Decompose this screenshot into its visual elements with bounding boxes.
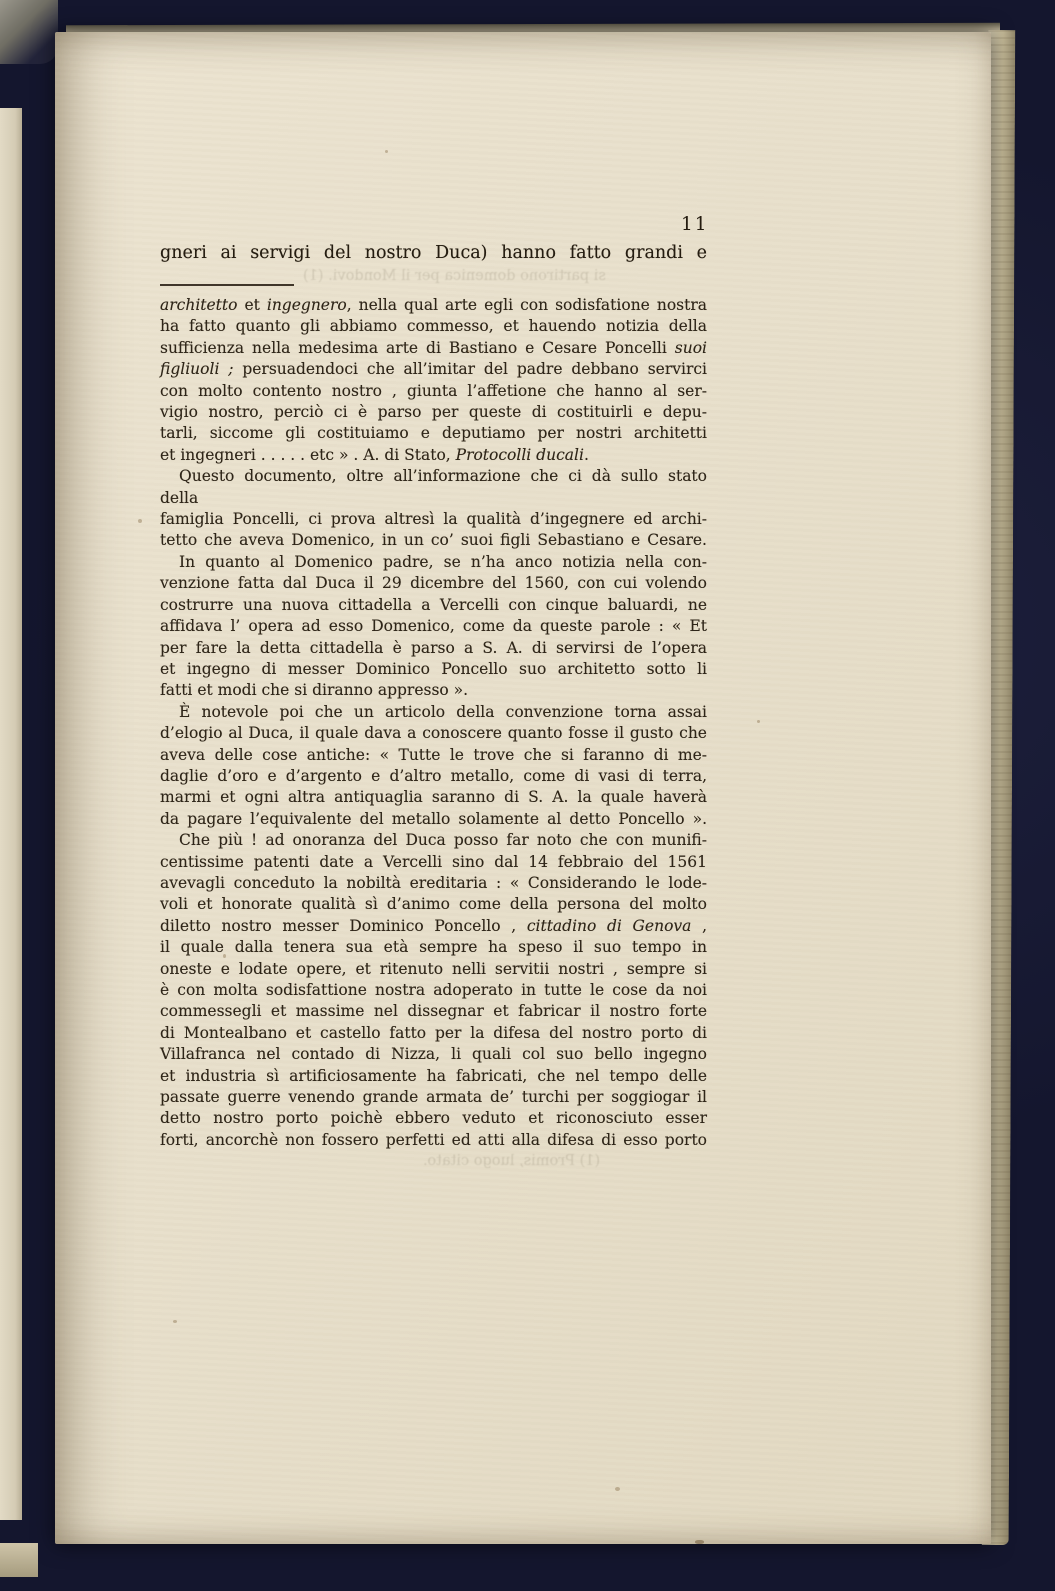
footnote-line: forti, ancorchè non fossero perfetti ed … <box>160 1130 707 1151</box>
footnote-line: architetto et ingegnero, nella qual arte… <box>160 295 707 316</box>
footnote-line: tetto che aveva Domenico, in un co’ suoi… <box>160 530 707 551</box>
footnote-line: per fare la detta cittadella è parso a S… <box>160 638 707 659</box>
footnote-line: In quanto al Domenico padre, se n’ha anc… <box>160 552 707 573</box>
footnote-line: detto nostro porto poichè ebbero veduto … <box>160 1108 707 1129</box>
facing-page-edge <box>0 108 22 1520</box>
page-number: 11 <box>681 214 741 235</box>
footnote-line: et ingegneri . . . . . etc » . A. di Sta… <box>160 445 707 466</box>
footnote-line: daglie d’oro e d’argento e d’altro metal… <box>160 766 707 787</box>
footnote-line: et ingegno di messer Dominico Poncello s… <box>160 659 707 680</box>
footnote-line: Questo documento, oltre all’informazione… <box>160 466 707 509</box>
footnote-separator-rule <box>160 284 294 286</box>
bleed-through-text: (1) Promis, luogo citato. <box>423 1153 600 1169</box>
foxing-spot <box>385 150 388 153</box>
foxing-spot <box>695 1540 704 1544</box>
footnote-line: figliuoli ; persuadendoci che all’imitar… <box>160 359 707 380</box>
footnote-line: da pagare l’equivalente del metallo sola… <box>160 809 707 830</box>
footnote-line: affidava l’ opera ad esso Domenico, come… <box>160 616 707 637</box>
footnote-line: passate guerre venendo grande armata de’… <box>160 1087 707 1108</box>
footnote-line: di Montealbano et castello fatto per la … <box>160 1023 707 1044</box>
footnote-line: diletto nostro messer Dominico Poncello … <box>160 916 707 937</box>
bleed-through-text: si partirono domenica per il Mondovi. (1… <box>303 268 606 284</box>
footnote-line: È notevole poi che un articolo della con… <box>160 702 707 723</box>
footnote-line: fatti et modi che si diranno appresso ». <box>160 680 707 701</box>
footnote-line: voli et honorate qualità sì d’animo come… <box>160 894 707 915</box>
footnote-line: et industria sì artificiosamente ha fabr… <box>160 1066 707 1087</box>
footnote-line: marmi et ogni altra antiquaglia saranno … <box>160 787 707 808</box>
cover-board-edge <box>0 1543 38 1577</box>
footnote-text-block: architetto et ingegnero, nella qual arte… <box>160 295 707 1151</box>
footnote-line: oneste e lodate opere, et ritenuto nelli… <box>160 959 707 980</box>
foxing-spot <box>223 954 226 958</box>
footnote-line: Che più ! ad onoranza del Duca posso far… <box>160 830 707 851</box>
footnote-line: ha fatto quanto gli abbiamo commesso, et… <box>160 316 707 337</box>
footnote-line: centissime patenti date a Vercelli sino … <box>160 852 707 873</box>
footnote-line: venzione fatta dal Duca il 29 dicembre d… <box>160 573 707 594</box>
footnote-line: sufficienza nella medesima arte di Basti… <box>160 338 707 359</box>
book-page: 11 gneri ai servigi del nostro Duca) han… <box>55 32 991 1544</box>
footnote-line: famiglia Poncelli, ci prova altresì la q… <box>160 509 707 530</box>
book-cover-corner <box>0 0 58 64</box>
footnote-line: costrurre una nuova cittadella a Vercell… <box>160 595 707 616</box>
footnote-line: tarli, siccome gli costituiamo e deputia… <box>160 423 707 444</box>
footnote-line: il quale dalla tenera sua età sempre ha … <box>160 937 707 958</box>
body-text-line: gneri ai servigi del nostro Duca) hanno … <box>160 241 707 265</box>
footnote-line: vigio nostro, perciò ci è parso per ques… <box>160 402 707 423</box>
footnote-line: commessegli et massime nel dissegnar et … <box>160 1001 707 1022</box>
footnote-line: aveva delle cose antiche: « Tutte le tro… <box>160 745 707 766</box>
foxing-spot <box>615 1487 620 1491</box>
footnote-line: d’elogio al Duca, il quale dava a conosc… <box>160 723 707 744</box>
footnote-line: è con molta sodisfattione nostra adopera… <box>160 980 707 1001</box>
footnote-line: Villafranca nel contado di Nizza, li qua… <box>160 1044 707 1065</box>
foxing-spot <box>138 519 142 523</box>
footnote-line: avevagli conceduto la nobiltà ereditaria… <box>160 873 707 894</box>
footnote-line: con molto contento nostro , giunta l’aff… <box>160 381 707 402</box>
foxing-spot <box>173 1320 177 1323</box>
foxing-spot <box>757 720 760 723</box>
foxing-spot <box>467 350 470 353</box>
